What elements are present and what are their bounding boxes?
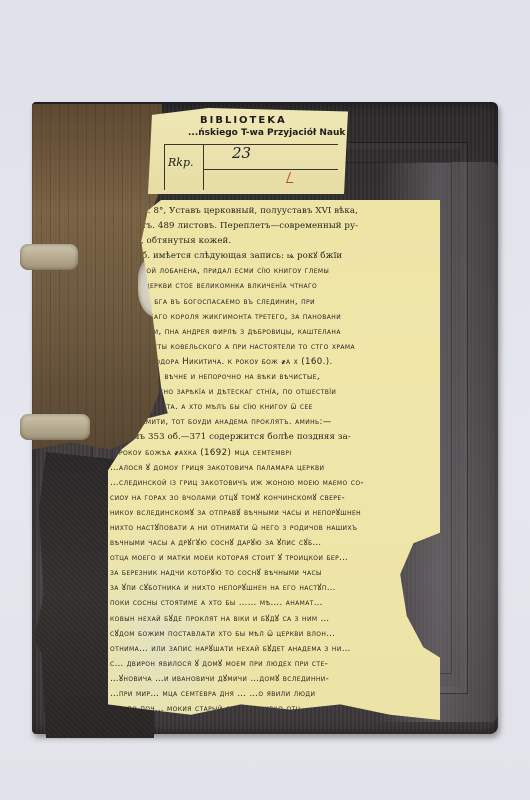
description-line: славнаго бга въ богоспасаемо въ слединин… — [108, 295, 440, 310]
description-line: …его мати, пна андрея фирлѣ з дѣбровицы,… — [108, 325, 440, 340]
description-line: … …ол Гринцеви… — [108, 732, 440, 747]
description-line: …слединской із гриц закотовичъ иж жоною … — [108, 476, 440, 491]
description-line: за ꙋпи сꙋботника и нихто непорꙋшнен на е… — [108, 581, 440, 596]
label-shelf-number: 23 — [232, 144, 251, 162]
description-line: …тамъ 353 об.—371 содержится болѣе поздн… — [108, 430, 440, 445]
description-line: никоу вслединскомꙋ за отправꙋ вѣчными ча… — [108, 506, 440, 521]
description-line: вѣчными часы а дрꙋгꙋю соснꙋ дарꙋю за ꙋпи… — [108, 536, 440, 551]
description-line: доски, обтянутыя кожей. — [108, 234, 440, 249]
description-line: …при мир… мца семтевра дня … …о явили лю… — [108, 687, 440, 702]
description-text: Ѳивеит. 8°, Уставъ церковный, полууставъ… — [108, 204, 440, 747]
description-line: поки сосны стоятиме а хто бы …… мѣ…. ана… — [108, 596, 440, 611]
description-line: … листъ. 489 листовъ. Переплетъ—современ… — [108, 219, 440, 234]
label-title: BIBLIOTEKA — [200, 115, 287, 126]
description-line: отнима… или запис нарꙋшати нехай бꙋдет а… — [108, 642, 440, 657]
description-line: …а старосты ковельского а при настоятели… — [108, 340, 440, 355]
description-line: храмоу церкви стое великомнка влкиченїа … — [108, 279, 440, 294]
description-line: отца моего и матки моеи которая стоит ꙋ … — [108, 551, 440, 566]
label-subtitle: ...ńskiego T-wa Przyjaciół Nauk — [188, 128, 345, 138]
description-line: Ѳивеит. 8°, Уставъ церковный, полууставъ… — [108, 204, 440, 219]
binding-cord-bottom — [20, 414, 90, 440]
description-line: …рокоу божѣа ҂ахка (1692) мца семтемврі — [108, 446, 440, 461]
book-photograph: BIBLIOTEKA ...ńskiego T-wa Przyjaciół Na… — [0, 0, 530, 800]
description-line: …к великаго короля жикгимонта третего, з… — [108, 310, 440, 325]
description-line: …ꙋновича …и ивановичи дꙋмичи …домꙋ вслед… — [108, 672, 440, 687]
manuscript-book: BIBLIOTEKA ...ńskiego T-wa Przyjaciół Na… — [20, 102, 498, 738]
library-label: BIBLIOTEKA ...ńskiego T-wa Przyjaciół Na… — [148, 108, 348, 194]
description-line: …сеновой лобанена, придал есми сїю книго… — [108, 264, 440, 279]
description-line: нихто настꙋповати а ни отнимати ѿ него з… — [108, 521, 440, 536]
description-line: сꙋдом божим поставлѧти хто бы мѣл ѿ церк… — [108, 627, 440, 642]
description-line: … л. об. имѣется слѣдующая запись: ѩ рок… — [108, 249, 440, 264]
description-line: за березник надчи которꙋю то соснꙋ вѣчны… — [108, 566, 440, 581]
description-line: …е ѿдамити, тот боуди анадема проклятъ. … — [108, 415, 440, 430]
label-field-rkp: Rkp. — [168, 156, 194, 169]
pasted-description-sheet: Ѳивеит. 8°, Уставъ церковный, полууставъ… — [108, 200, 440, 720]
description-line: ковын нехай бꙋде проклят на віки и бꙋдꙋ … — [108, 612, 440, 627]
description-line: сиоу на горах зо вчолами отцꙋ томꙋ кончи… — [108, 491, 440, 506]
description-line: …алося ꙋ домоу гриця закотовича паламара… — [108, 461, 440, 476]
binding-cord-top — [20, 244, 78, 270]
description-line: с… двирон явилося ꙋ домꙋ моем при людех … — [108, 657, 440, 672]
